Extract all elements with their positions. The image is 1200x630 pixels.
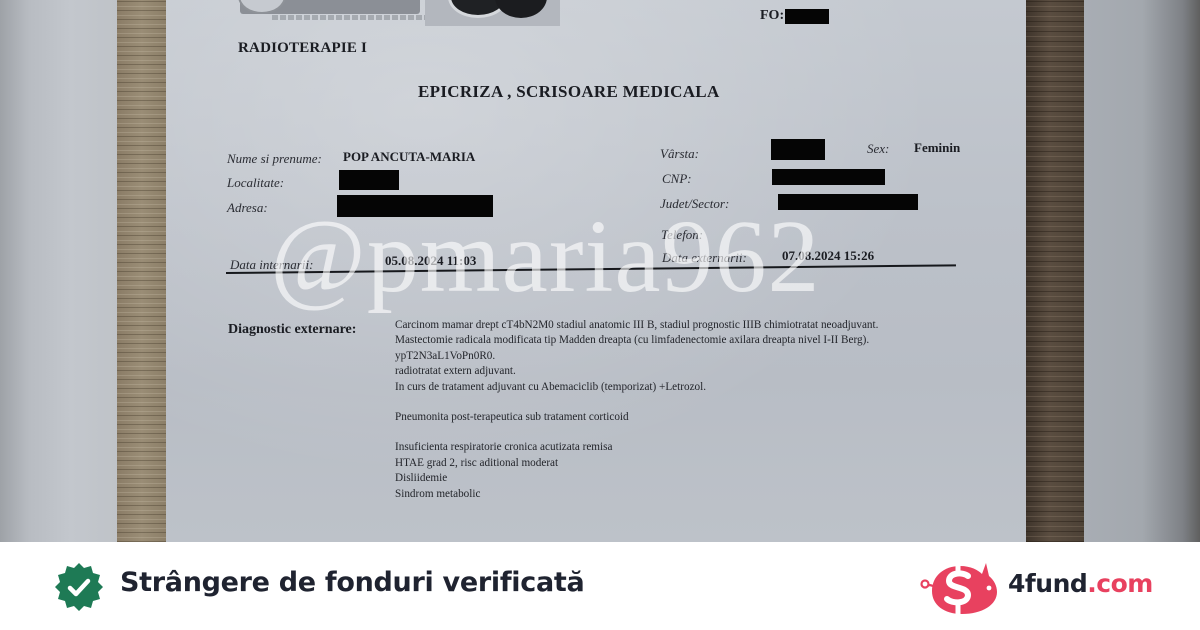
diagnosis-line: Disliidemie: [395, 471, 878, 486]
diagnosis-line: ypT2N3aL1VoPn0R0.: [395, 349, 878, 364]
diagnosis-line: Insuficienta respiratorie cronica acutiz…: [395, 440, 878, 455]
diagnosis-line: radiotratat extern adjuvant.: [395, 364, 878, 379]
wood-surface-right: [1026, 0, 1084, 542]
age-label: Vârsta:: [660, 146, 699, 162]
brand-name: 4fund: [1008, 569, 1087, 598]
logo-caption: [272, 15, 432, 20]
sex-value: Feminin: [914, 140, 960, 156]
cnp-label: CNP:: [662, 171, 692, 187]
background-blur-right: [1084, 0, 1200, 542]
name-label: Nume si prenume:: [227, 151, 322, 167]
diagnosis-text: Carcinom mamar drept cT4bN2M0 stadiul an…: [395, 318, 878, 502]
diagnosis-line: In curs de tratament adjuvant cu Abemaci…: [395, 380, 878, 395]
watermark-handle: @pmaria962: [270, 205, 821, 309]
address-label: Adresa:: [227, 200, 268, 216]
diagnosis-line: HTAE grad 2, risc aditional moderat: [395, 456, 878, 471]
diagnosis-line: Carcinom mamar drept cT4bN2M0 stadiul an…: [395, 318, 878, 333]
diagnosis-line: Mastectomie radicala modificata tip Madd…: [395, 333, 878, 348]
brand-wordmark[interactable]: 4fund.com: [1008, 569, 1153, 598]
redacted-fo-number: [785, 9, 829, 24]
verified-fundraiser-text: Strângere de fonduri verificată: [120, 567, 584, 598]
brand-tld: .com: [1087, 569, 1153, 598]
redacted-age: [771, 139, 825, 160]
diagnosis-gap: [395, 425, 878, 440]
verified-badge-check-icon: [54, 562, 104, 612]
fo-label: FO:: [760, 8, 784, 24]
redacted-locality: [339, 170, 399, 190]
diagnosis-line: Sindrom metabolic: [395, 487, 878, 502]
document-title: EPICRIZA , SCRISOARE MEDICALA: [418, 82, 720, 102]
background-blur-left: [0, 0, 117, 542]
patient-name: POP ANCUTA-MARIA: [343, 149, 475, 165]
diagnosis-label: Diagnostic externare:: [228, 322, 356, 338]
footer-bar: Strângere de fonduri verificată 4fund.co…: [0, 542, 1200, 630]
diagnosis-line: Pneumonita post-terapeutica sub tratamen…: [395, 410, 878, 425]
piggy-bank-dollar-icon[interactable]: [916, 558, 1001, 616]
department-name: RADIOTERAPIE I: [238, 40, 367, 57]
sex-label: Sex:: [867, 141, 889, 157]
document-photo: FO: RADIOTERAPIE I EPICRIZA , SCRISOARE …: [0, 0, 1200, 542]
wood-surface-left: [117, 0, 166, 542]
redacted-cnp: [772, 169, 885, 185]
locality-label: Localitate:: [227, 175, 284, 191]
diagnosis-gap: [395, 395, 878, 410]
